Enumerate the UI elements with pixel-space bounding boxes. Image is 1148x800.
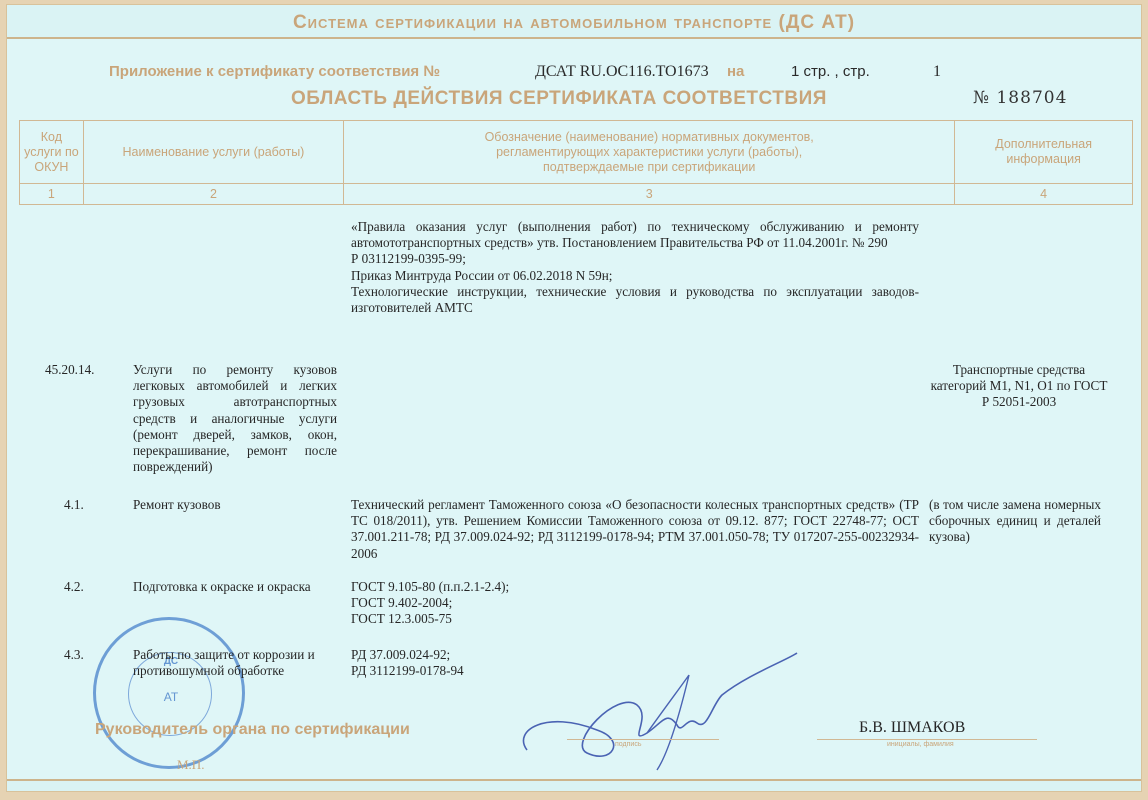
signature-caption: подпись bbox=[615, 741, 641, 748]
row-service: Ремонт кузовов bbox=[133, 497, 337, 513]
doc-line: ГОСТ 9.105-80 (п.п.2.1-2.4); bbox=[351, 579, 651, 595]
general-doc: Приказ Минтруда России от 06.02.2018 N 5… bbox=[351, 268, 919, 284]
certificate-number: ДСАТ RU.OC116.TO1673 bbox=[535, 63, 709, 81]
row-service: Подготовка к окраске и окраска bbox=[133, 579, 337, 595]
stamp-center-text: АТ bbox=[156, 690, 186, 704]
head-of-body-label: Руководитель органа по сертификации bbox=[95, 721, 410, 739]
top-band: Система сертификации на автомобильном тр… bbox=[7, 5, 1141, 39]
row-code: 4.3. bbox=[64, 647, 84, 663]
column-header-info: Дополнительная информация bbox=[955, 121, 1133, 184]
general-docs: «Правила оказания услуг (выполнения рабо… bbox=[351, 219, 919, 316]
column-index-1: 1 bbox=[20, 184, 84, 205]
row-service: Услуги по ремонту кузовов легковых автом… bbox=[133, 362, 337, 475]
column-header-service: Наименование услуги (работы) bbox=[83, 121, 343, 184]
row-code: 45.20.14. bbox=[45, 362, 94, 378]
row-info: (в том числе замена номерных сборочных е… bbox=[929, 497, 1101, 546]
on-label: на bbox=[727, 63, 744, 80]
row-info: Транспортные средства категорий M1, N1, … bbox=[929, 362, 1109, 411]
certificate-sheet: Система сертификации на автомобильном тр… bbox=[6, 4, 1142, 792]
column-index-2: 2 bbox=[83, 184, 343, 205]
column-header-code: Код услуги по ОКУН bbox=[20, 121, 84, 184]
seal-stamp: ДС АТ bbox=[93, 617, 245, 769]
signature-line bbox=[567, 739, 719, 740]
column-index-4: 4 bbox=[955, 184, 1133, 205]
row-docs: Технический регламент Таможенного союза … bbox=[351, 497, 919, 562]
row-code: 4.2. bbox=[64, 579, 84, 595]
column-header-docs: Обозначение (наименование) нормативных д… bbox=[344, 121, 955, 184]
seal-place-label: М.П. bbox=[177, 757, 204, 773]
doc-line: ГОСТ 12.3.005-75 bbox=[351, 611, 651, 627]
general-doc: «Правила оказания услуг (выполнения рабо… bbox=[351, 219, 919, 251]
scope-title: ОБЛАСТЬ ДЕЙСТВИЯ СЕРТИФИКАТА СООТВЕТСТВИ… bbox=[291, 88, 827, 110]
signature-icon bbox=[507, 635, 807, 775]
pages-label: 1 стр. , стр. bbox=[791, 63, 870, 80]
row-code: 4.1. bbox=[64, 497, 84, 513]
name-caption: инициалы, фамилия bbox=[887, 741, 954, 748]
bottom-band bbox=[7, 779, 1141, 791]
annex-label: Приложение к сертификату соответствия № bbox=[109, 63, 440, 80]
system-title: Система сертификации на автомобильном тр… bbox=[7, 12, 1141, 34]
general-doc: Технологические инструкции, технические … bbox=[351, 284, 919, 316]
scope-table-header: Код услуги по ОКУН Наименование услуги (… bbox=[19, 120, 1133, 205]
serial-number: № 188704 bbox=[973, 88, 1067, 108]
general-doc: Р 03112199-0395-99; bbox=[351, 251, 919, 267]
signatory-name: Б.В. ШМАКОВ bbox=[859, 719, 965, 737]
column-index-3: 3 bbox=[344, 184, 955, 205]
row-docs: ГОСТ 9.105-80 (п.п.2.1-2.4); ГОСТ 9.402-… bbox=[351, 579, 651, 628]
row-service: Работы по защите от коррозии и противошу… bbox=[133, 647, 343, 679]
doc-line: ГОСТ 9.402-2004; bbox=[351, 595, 651, 611]
page-number: 1 bbox=[933, 63, 941, 81]
name-line bbox=[817, 739, 1037, 740]
annex-line: Приложение к сертификату соответствия № … bbox=[7, 63, 1141, 83]
